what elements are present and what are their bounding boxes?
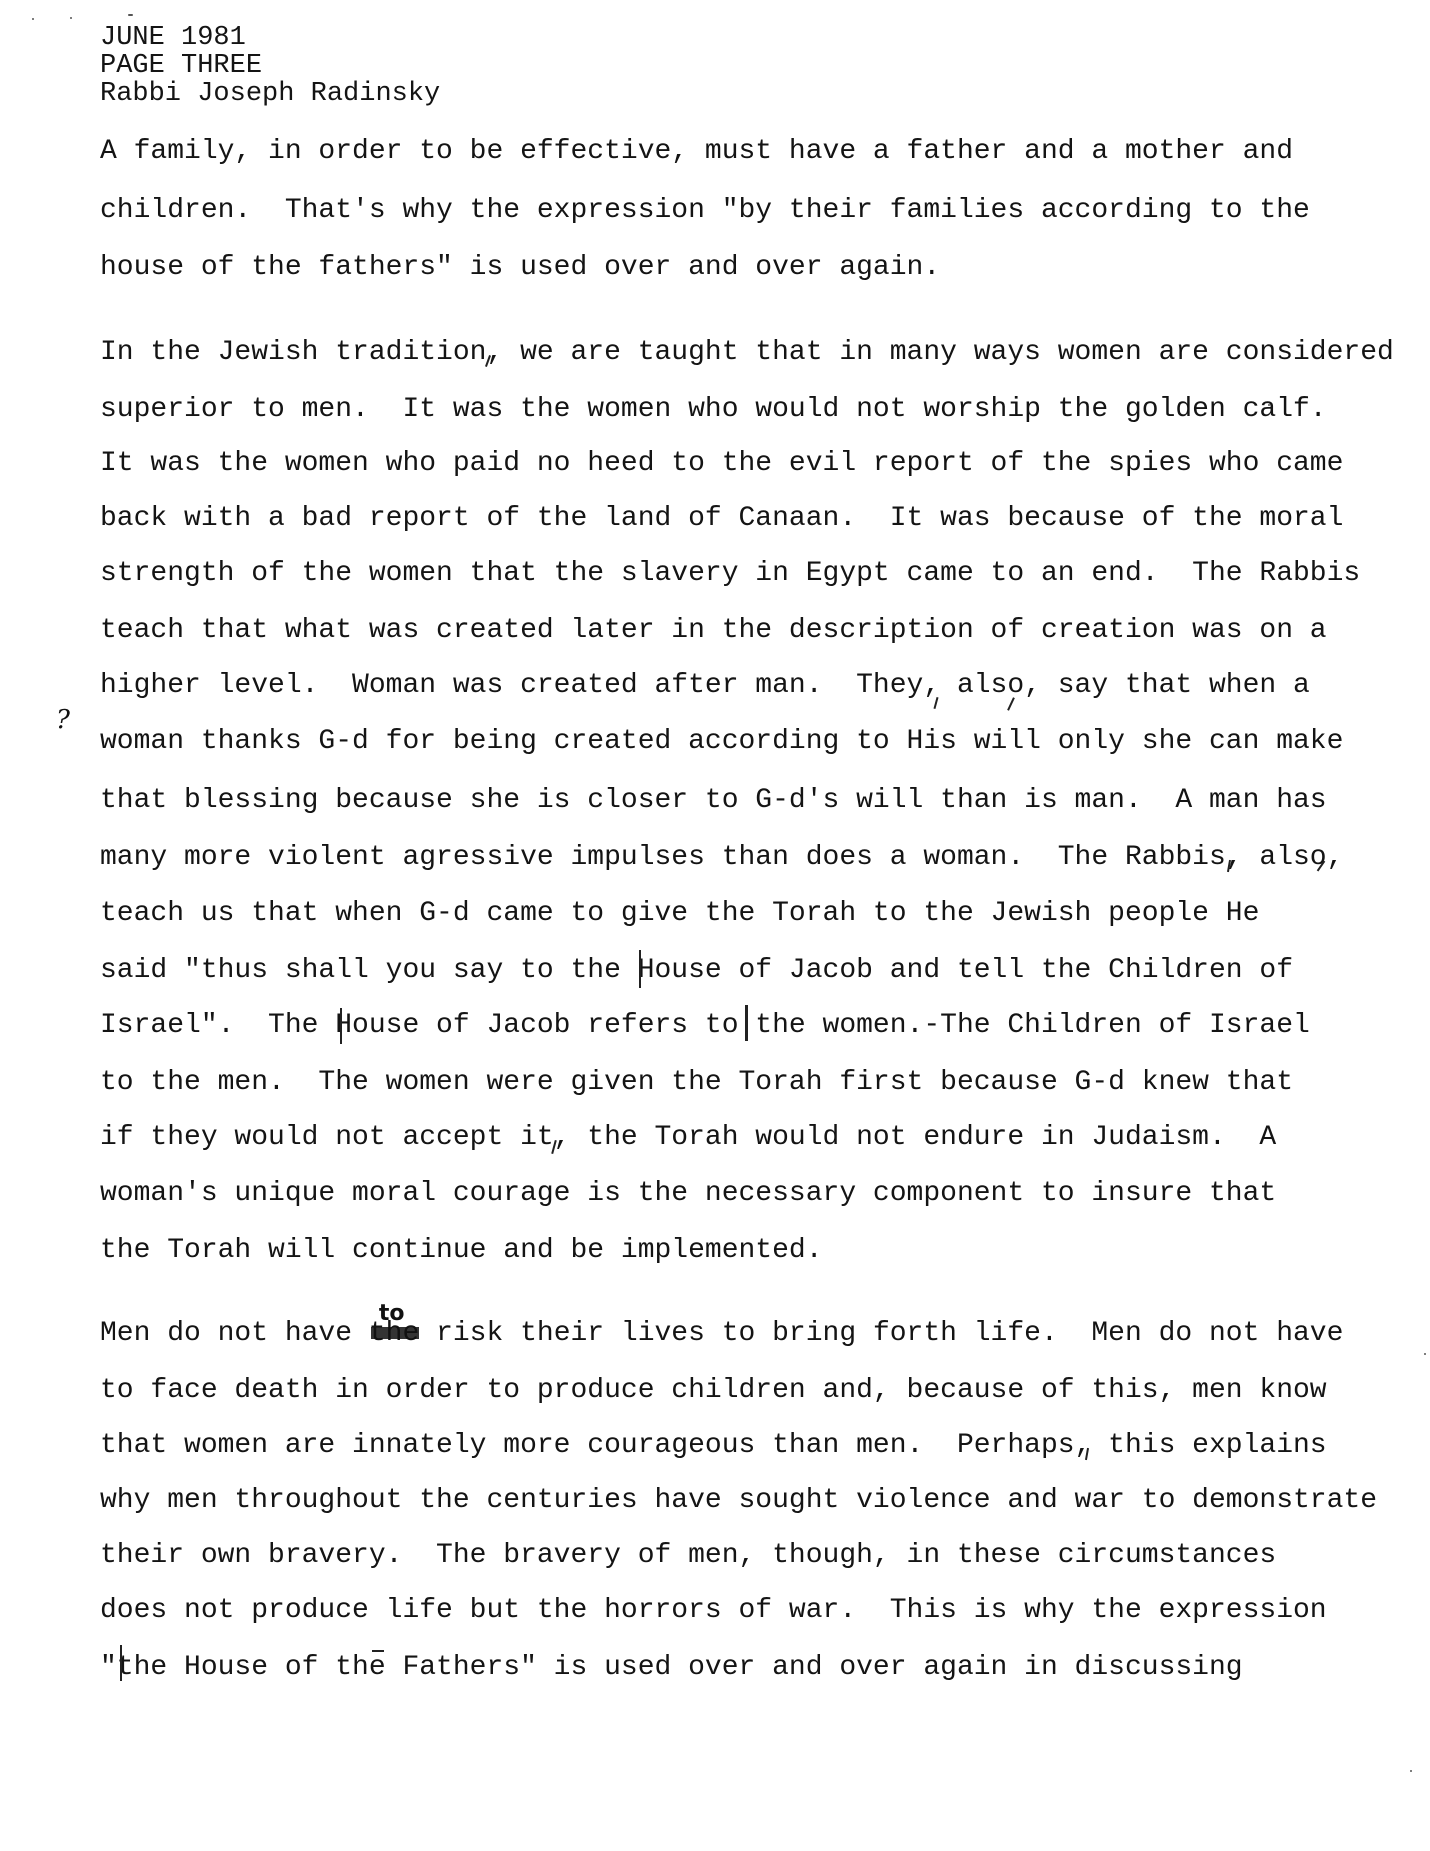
scan-speck [1424,1353,1426,1355]
document-page: JUNE 1981 PAGE THREE Rabbi Joseph Radins… [0,0,1430,1851]
paragraph-1-line: house of the fathers" is used over and o… [100,252,940,284]
paragraph-2-line: Israel". The House of Jacob refers to th… [100,1010,1310,1042]
handwritten-capital-mark [372,1650,384,1652]
handwritten-capital-mark [120,1645,122,1681]
margin-question-mark: ? [56,705,70,735]
paragraph-3-line: does not produce life but the horrors of… [100,1595,1327,1627]
scan-speck [1268,404,1270,406]
paragraph-2-line: strength of the women that the slavery i… [100,558,1360,590]
paragraph-1-line: A family, in order to be effective, must… [100,136,1293,168]
paragraph-2-line: back with a bad report of the land of Ca… [100,503,1343,535]
paragraph-3-text: Men do not have [100,1318,369,1349]
paragraph-3-line: their own bravery. The bravery of men, t… [100,1540,1276,1572]
paragraph-2-line: to the men. The women were given the Tor… [100,1067,1293,1099]
paragraph-2-line: if they would not accept it, the Torah w… [100,1122,1276,1154]
paragraph-2-line: woman's unique moral courage is the nece… [100,1178,1276,1210]
paragraph-3-text: risk their lives to bring forth life. Me… [419,1318,1343,1349]
paragraph-3-line: "the House of the Fathers" is used over … [100,1652,1243,1684]
paragraph-2-line: higher level. Woman was created after ma… [100,670,1310,702]
paragraph-2-line: the Torah will continue and be implement… [100,1235,823,1267]
paragraph-2-line: In the Jewish tradition, we are taught t… [100,337,1394,369]
handwritten-capital-mark [340,1008,342,1044]
paragraph-2-line: that blessing because she is closer to G… [100,785,1327,817]
paragraph-1-line: children. That's why the expression "by … [100,195,1310,227]
paragraph-3-line-edited: Men do not have theto risk their lives t… [100,1318,1343,1350]
scan-speck [32,18,34,20]
handwritten-capital-mark [745,1005,748,1041]
scan-speck [70,17,72,19]
paragraph-3-line: why men throughout the centuries have so… [100,1485,1377,1517]
paragraph-2-line: It was the women who paid no heed to the… [100,448,1343,480]
scan-speck [1410,1770,1412,1772]
scan-speck [128,14,133,16]
handwritten-capital-mark [639,950,641,988]
paragraph-2-line: said "thus shall you say to the House of… [100,955,1293,987]
paragraph-2-line: teach us that when G-d came to give the … [100,898,1259,930]
header-author: Rabbi Joseph Radinsky [100,78,440,110]
handwritten-insertion: to [379,1298,405,1330]
paragraph-2-line: woman thanks G-d for being created accor… [100,726,1343,758]
paragraph-3-line: that women are innately more courageous … [100,1430,1327,1462]
paragraph-3-line: to face death in order to produce childr… [100,1375,1327,1407]
paragraph-2-line: superior to men. It was the women who wo… [100,394,1327,426]
struck-word: theto [369,1318,419,1350]
paragraph-2-line: teach that what was created later in the… [100,615,1327,647]
paragraph-2-line: many more violent agressive impulses tha… [100,842,1343,874]
